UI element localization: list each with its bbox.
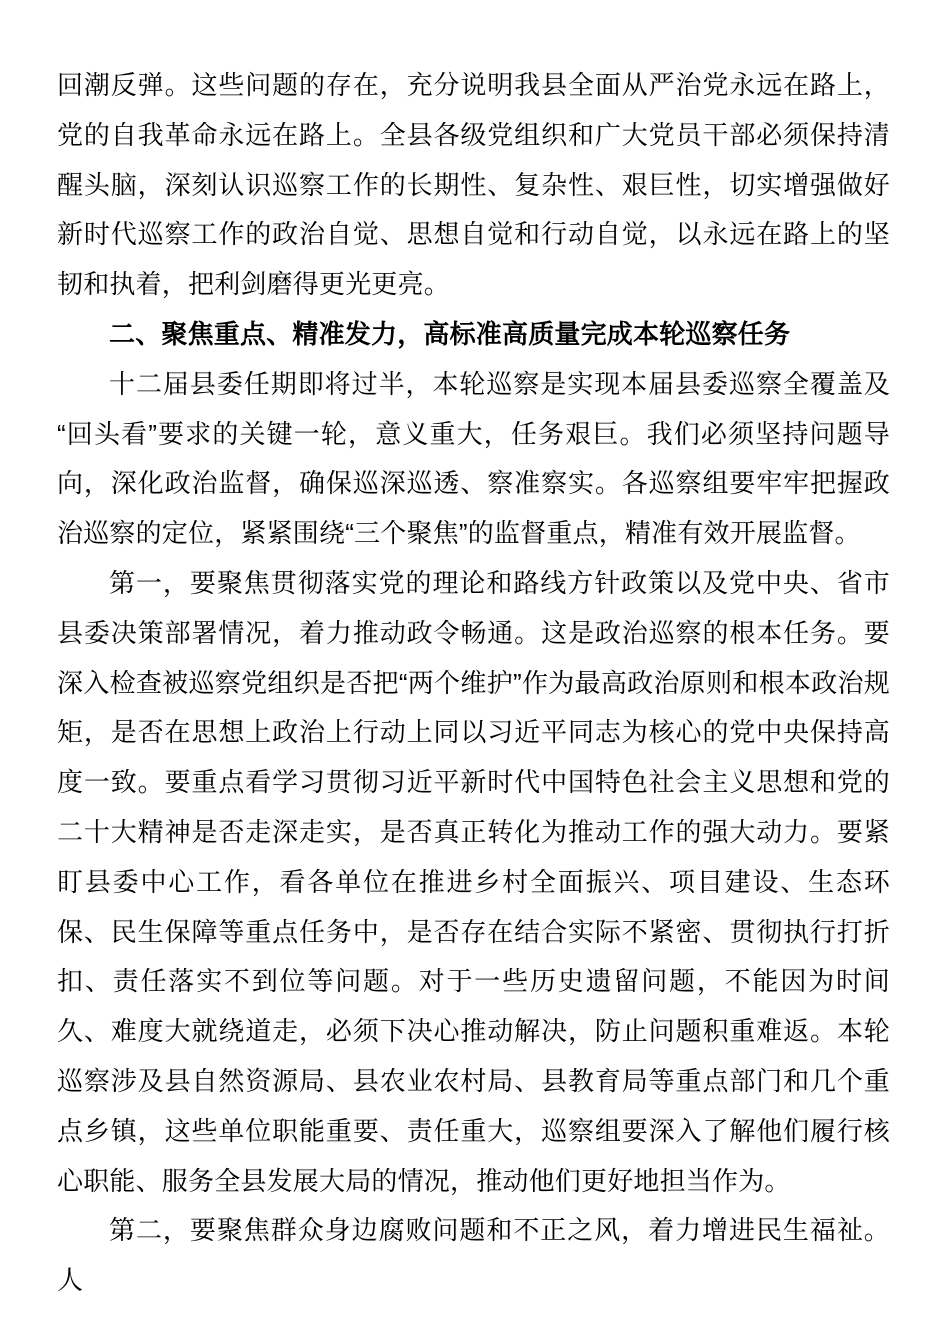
section-heading: 二、聚焦重点、精准发力，高标准高质量完成本轮巡察任务 — [57, 310, 890, 360]
document-body: 回潮反弹。这些问题的存在，充分说明我县全面从严治党永远在路上，党的自我革命永远在… — [0, 0, 950, 1306]
paragraph-continuation: 回潮反弹。这些问题的存在，充分说明我县全面从严治党永远在路上，党的自我革命永远在… — [57, 61, 890, 310]
paragraph: 第一，要聚焦贯彻落实党的理论和路线方针政策以及党中央、省市县委决策部署情况，着力… — [57, 559, 890, 1206]
paragraph: 十二届县委任期即将过半，本轮巡察是实现本届县委巡察全覆盖及“回头看”要求的关键一… — [57, 360, 890, 559]
paragraph: 第二，要聚焦群众身边腐败问题和不正之风，着力增进民生福祉。人 — [57, 1206, 890, 1306]
document-page: 回潮反弹。这些问题的存在，充分说明我县全面从严治党永远在路上，党的自我革命永远在… — [0, 0, 950, 1344]
